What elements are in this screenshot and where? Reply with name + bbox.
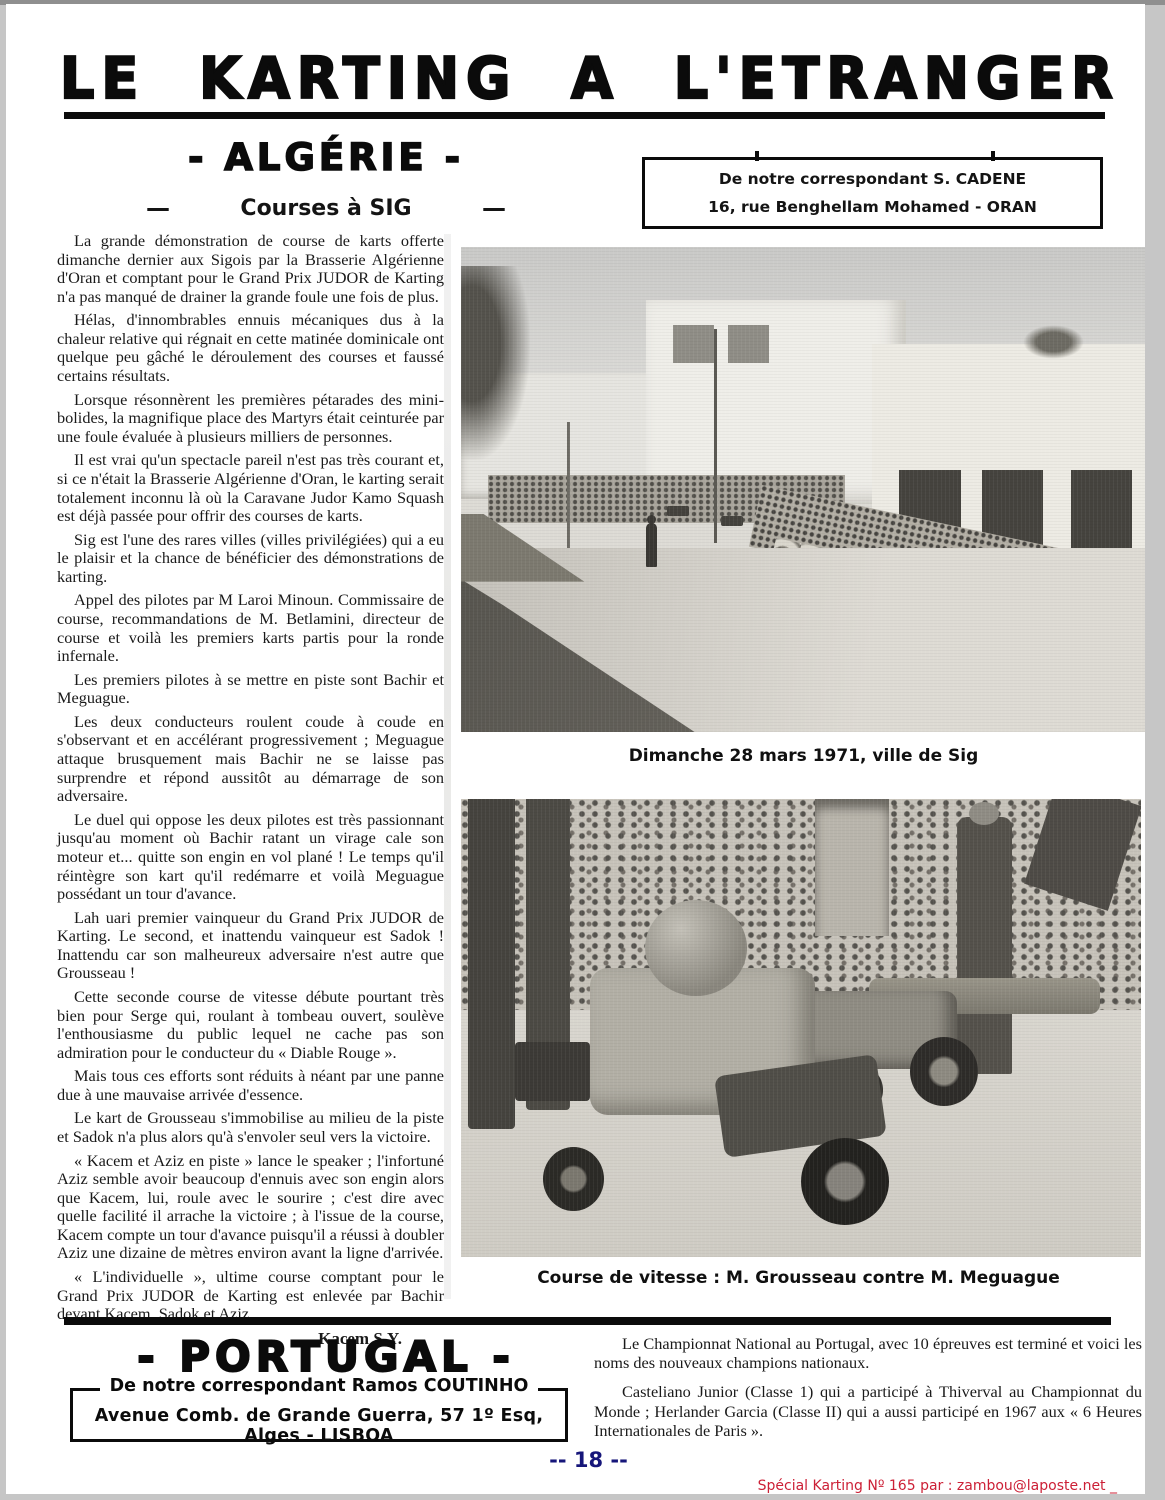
- paragraph: Le duel qui oppose les deux pilotes est …: [57, 811, 444, 904]
- left-dash: —: [146, 194, 170, 222]
- paragraph: Lah uari premier vainqueur du Grand Prix…: [57, 909, 444, 983]
- magazine-page: LE KARTING A L'ETRANGER - ALGÉRIE - — Co…: [6, 4, 1145, 1494]
- portugal-correspondent: De notre correspondant Ramos COUTINHO: [70, 1376, 568, 1396]
- paragraph: Les premiers pilotes à se mettre en pist…: [57, 671, 444, 708]
- page-title: LE KARTING A L'ETRANGER: [60, 42, 1105, 116]
- paragraph: Sig est l'une des rares villes (villes p…: [57, 531, 444, 587]
- algerie-subheading: Courses à SIG: [240, 196, 411, 221]
- photo2-grain-overlay: [461, 799, 1141, 1257]
- paragraph: Le Championnat National au Portugal, ave…: [594, 1334, 1142, 1372]
- paragraph: Cette seconde course de vitesse débute p…: [57, 988, 444, 1062]
- paragraph: Appel des pilotes par M Laroi Minoun. Co…: [57, 591, 444, 665]
- portugal-correspondent-label: De notre correspondant Ramos COUTINHO: [100, 1376, 539, 1396]
- section-divider-rule: [64, 1317, 1111, 1325]
- paragraph: Casteliano Junior (Classe 1) qui a parti…: [594, 1382, 1142, 1440]
- photo1-caption: Dimanche 28 mars 1971, ville de Sig: [461, 746, 1145, 766]
- correspondent-address: 16, rue Benghellam Mohamed - ORAN: [645, 198, 1100, 216]
- right-dash: —: [482, 194, 506, 222]
- page-number: -- 18 --: [6, 1448, 1145, 1472]
- portugal-heading: - PORTUGAL -: [66, 1332, 586, 1381]
- paragraph: Mais tous ces efforts sont réduits à néa…: [57, 1067, 444, 1104]
- correspondent-box: De notre correspondant S. CADENE 16, rue…: [642, 157, 1103, 229]
- paragraph: « Kacem et Aziz en piste » lance le spea…: [57, 1152, 444, 1263]
- paragraph: Il est vrai qu'un spectacle pareil n'est…: [57, 451, 444, 525]
- photo2-caption: Course de vitesse : M. Grousseau contre …: [456, 1268, 1141, 1288]
- photo1-grain-overlay: [461, 247, 1145, 732]
- paragraph: « L'individuelle », ultime course compta…: [57, 1268, 444, 1324]
- paragraph: Hélas, d'innombrables ennuis mécaniques …: [57, 311, 444, 385]
- paragraph: Lorsque résonnèrent les premières pétara…: [57, 391, 444, 447]
- paragraph: La grande démonstration de course de kar…: [57, 232, 444, 306]
- algerie-heading: - ALGÉRIE -: [66, 136, 586, 179]
- photo-plaza-race: [461, 247, 1145, 732]
- photo-karts-duel: [461, 799, 1141, 1257]
- article-body: La grande démonstration de course de kar…: [57, 232, 444, 1349]
- correspondent-name: De notre correspondant S. CADENE: [645, 170, 1100, 188]
- paragraph: Le kart de Grousseau s'immobilise au mil…: [57, 1109, 444, 1146]
- scan-fold-shadow: [444, 234, 451, 1299]
- algerie-subheading-row: — Courses à SIG —: [146, 194, 506, 222]
- portugal-article: Le Championnat National au Portugal, ave…: [594, 1334, 1142, 1450]
- portugal-address: Avenue Comb. de Grande Guerra, 57 1º Esq…: [70, 1406, 568, 1446]
- article-paragraphs: La grande démonstration de course de kar…: [57, 232, 444, 1324]
- paragraph: Les deux conducteurs roulent coude à cou…: [57, 713, 444, 806]
- title-rule: [64, 112, 1105, 119]
- footer-credit: Spécial Karting Nº 165 par : zambou@lapo…: [758, 1478, 1117, 1494]
